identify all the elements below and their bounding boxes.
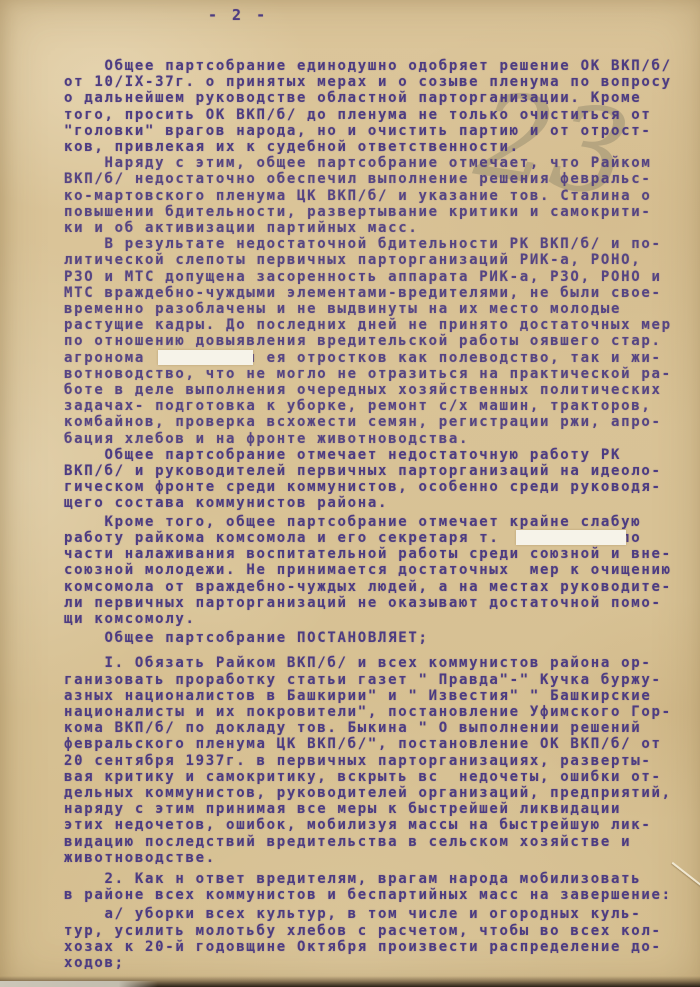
paragraph-vigilance-failures: В результате недостаточной бдительности …: [64, 236, 686, 447]
typewritten-text-block: Общее партсобрание единодушно одобряет р…: [64, 58, 686, 971]
paragraph-point-2: 2. Как н ответ вредителям, врагам народа…: [64, 871, 686, 903]
paragraph-raikom-criticism: Наряду с этим, общее партсобрание отмеча…: [64, 155, 686, 236]
redaction-bar-agronomist-name: [158, 350, 253, 365]
paragraph-point-1: I. Обязать Райком ВКП/б/ и всех коммунис…: [64, 655, 686, 866]
underlying-page-edge: [0, 981, 158, 987]
scanned-document-page: - 2 - 23 Общее партсобрание единодушно о…: [0, 0, 700, 987]
paragraph-point-2a: а/ уборки всех культур, в том числе и ог…: [64, 906, 686, 971]
paragraph-resolution-approval: Общее партсобрание единодушно одобряет р…: [64, 58, 686, 155]
paragraph-ideological-front: Общее партсобрание отмечает недостаточну…: [64, 447, 686, 512]
redaction-bar-secretary-name: [516, 530, 626, 545]
paragraph-resolves-heading: Общее партсобрание ПОСТАНОВЛЯЕТ;: [64, 630, 686, 646]
page-number: - 2 -: [208, 6, 268, 24]
